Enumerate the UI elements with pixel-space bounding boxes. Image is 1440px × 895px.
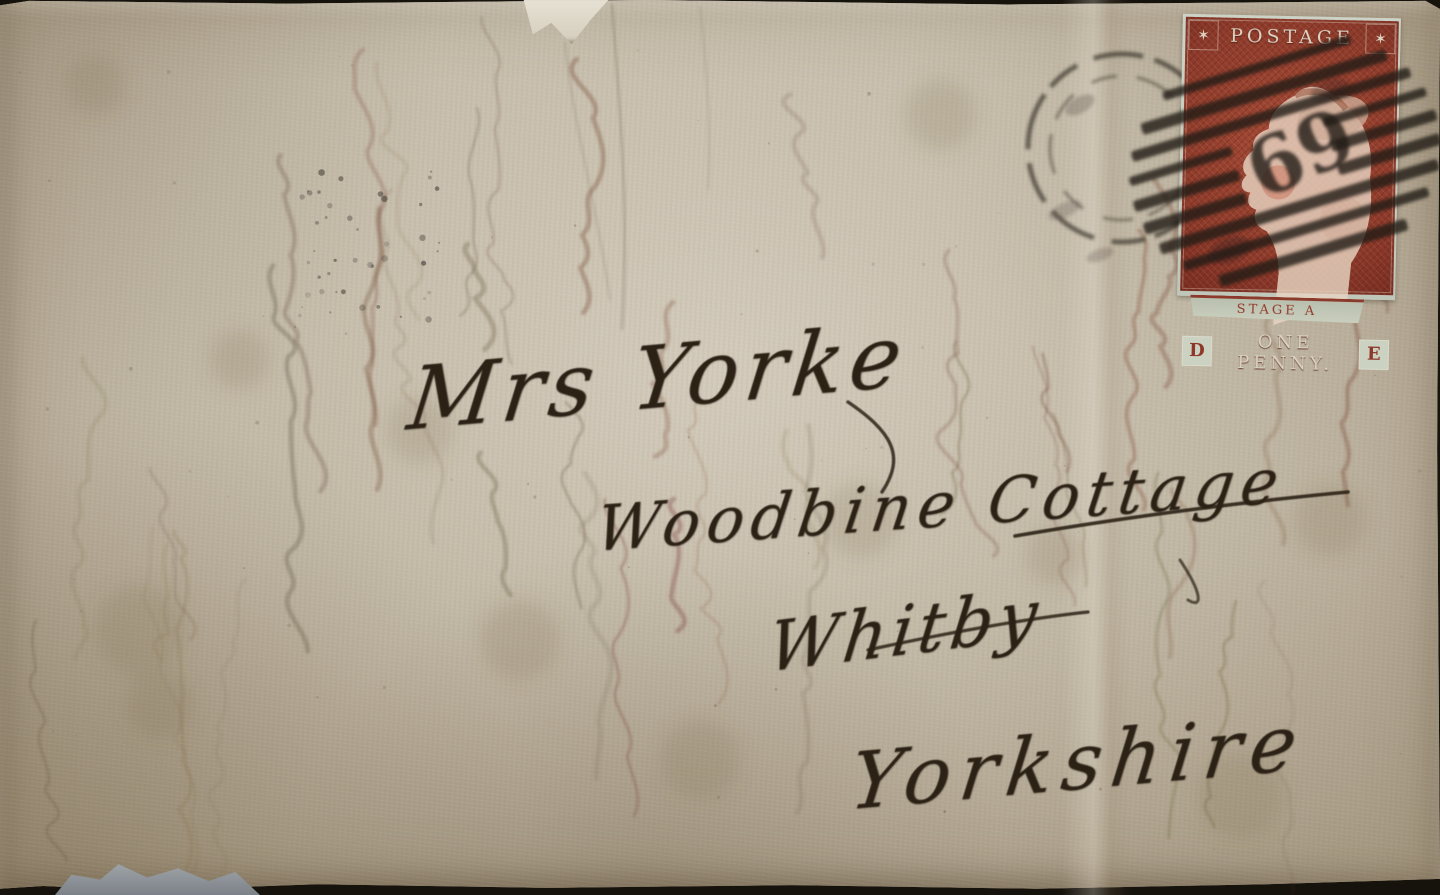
envelope-photo: Mrs Yorke Woodbine Cottage Whitby Yorksh… [0, 0, 1440, 895]
stamp-postage-label: POSTAGE [1221, 25, 1362, 50]
stamp-corner-letter-right: E [1359, 339, 1390, 370]
star-ornament-icon: ✶ [1188, 20, 1219, 51]
stamp-one-penny-label: ONE PENNY. [1214, 330, 1356, 375]
star-ornament-icon: ✶ [1365, 24, 1396, 55]
fragment-partial-text: STAGE A [1236, 302, 1317, 319]
stamp-top-band: ✶ POSTAGE ✶ [1185, 17, 1399, 57]
penny-red-stamp: ✶ POSTAGE ✶ D ONE PENNY. E [1177, 14, 1401, 301]
stamp-corner-letter-left: D [1182, 336, 1213, 367]
stamp-design: ✶ POSTAGE ✶ D ONE PENNY. E [1180, 17, 1399, 295]
stamp-bottom-band: D ONE PENNY. E [1179, 334, 1393, 372]
